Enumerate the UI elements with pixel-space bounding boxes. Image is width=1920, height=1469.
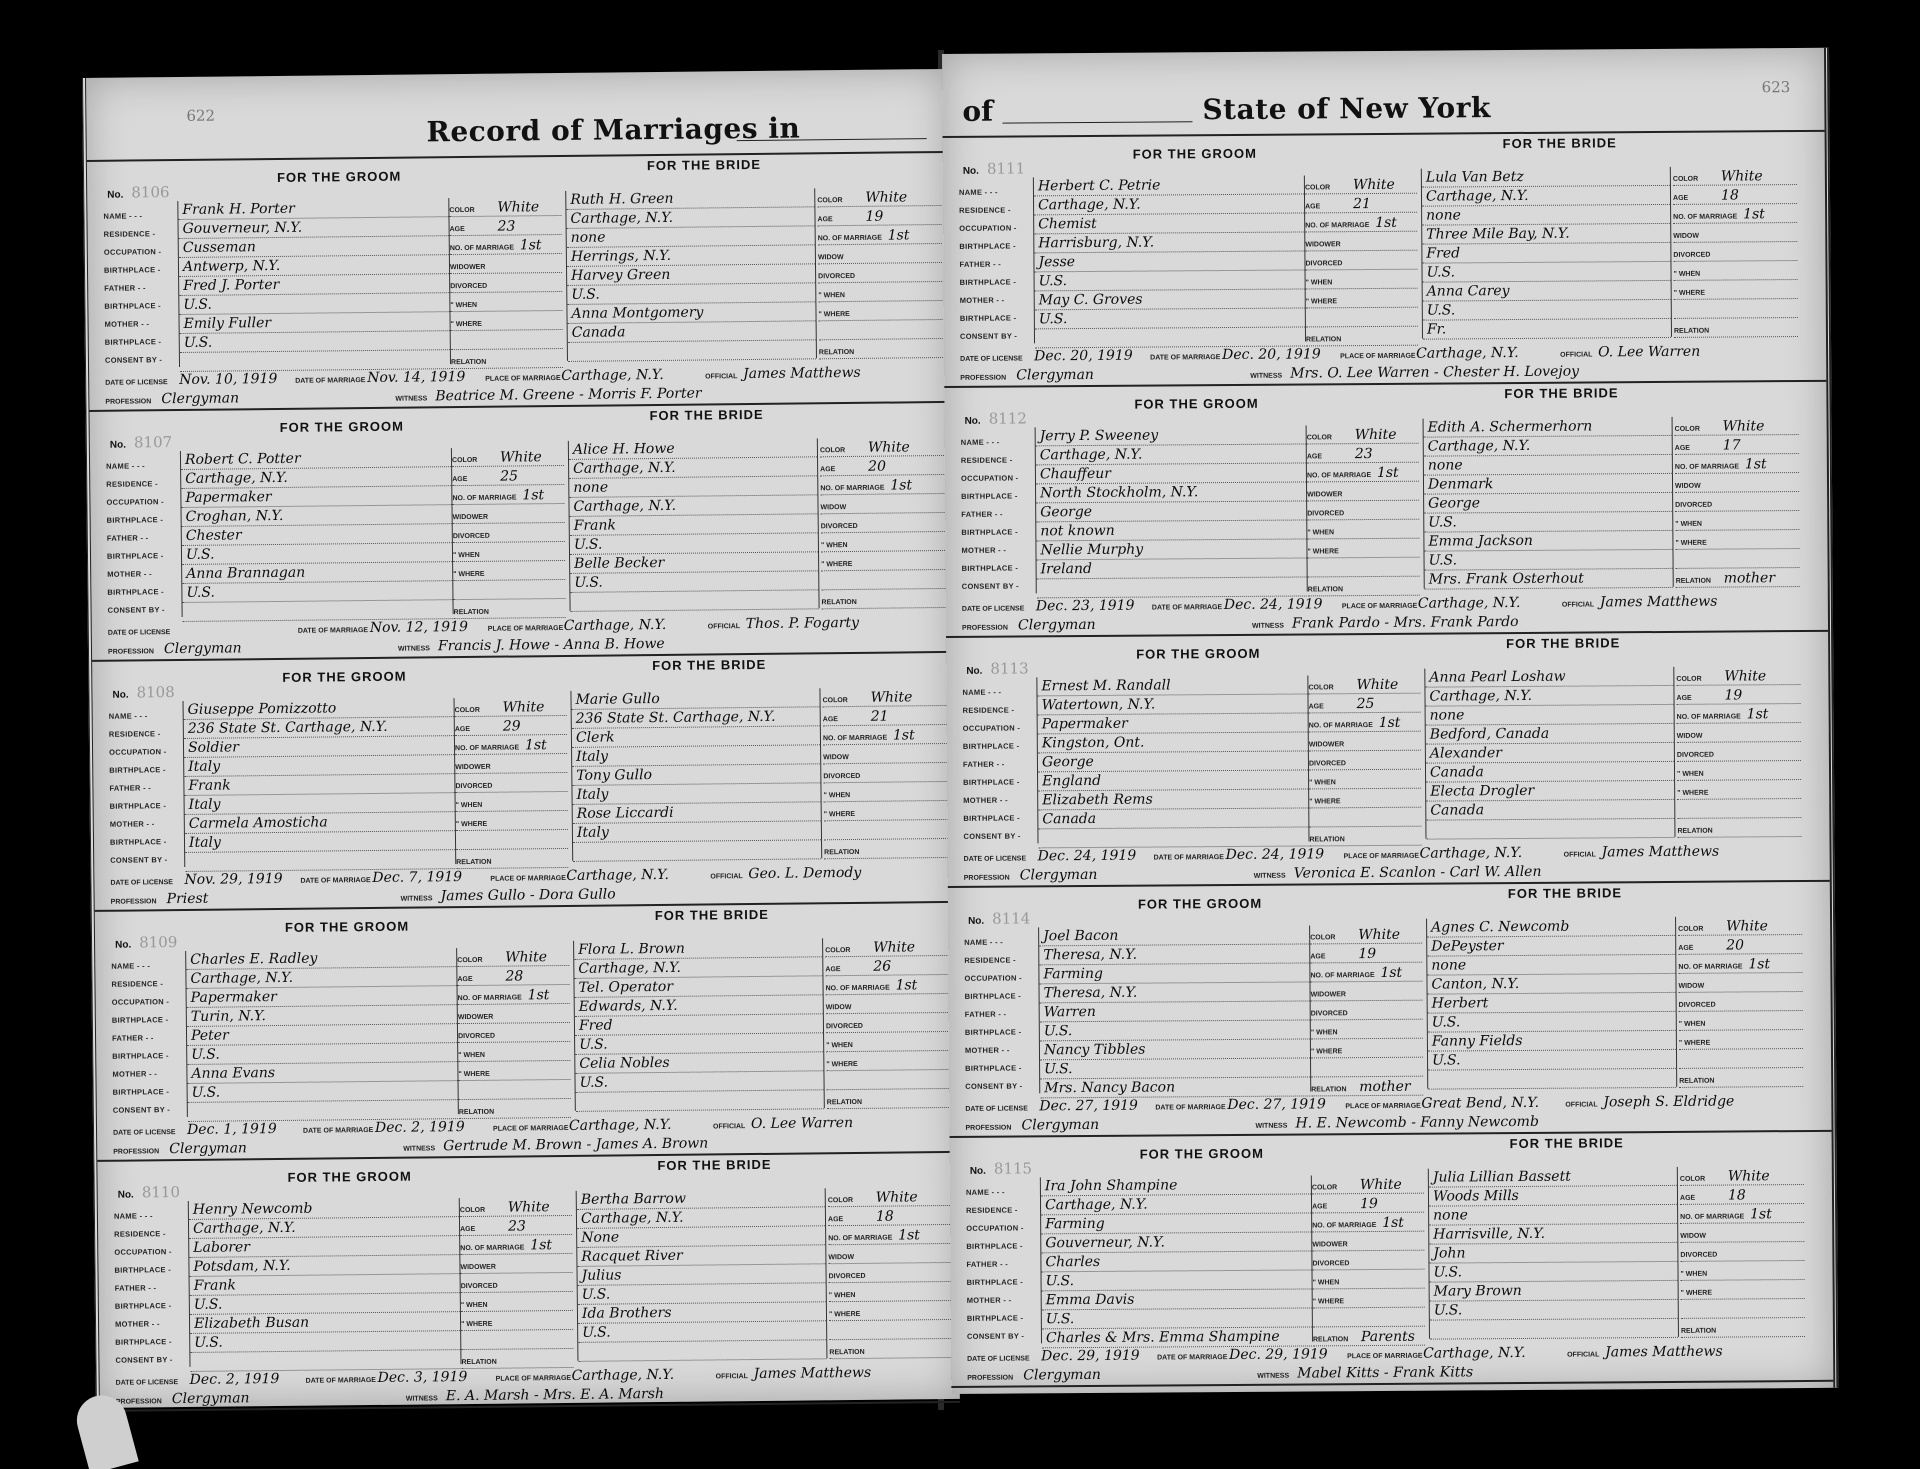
date-of-marriage: Dec. 2, 1919 (375, 1119, 465, 1136)
entry-line: Chemist (1034, 213, 1304, 234)
meta-row: AGE20 (1678, 935, 1802, 955)
meta-row (1308, 558, 1420, 578)
entry-line: U.S. (1428, 1012, 1676, 1033)
mother-value: Rose Liccardi (577, 805, 674, 822)
mother-value: Anna Brannagan (186, 565, 305, 582)
occupation-value: Farming (1045, 1216, 1105, 1232)
meta-value: White (876, 1189, 918, 1205)
field-label: COLOR (828, 1197, 853, 1204)
meta-value: 1st (525, 737, 547, 753)
entry-line: Woods Mills (1429, 1186, 1677, 1207)
field-label: DATE OF MARRIAGE (1155, 1104, 1225, 1111)
entry-line: U.S. (1430, 1300, 1678, 1321)
father-birthplace-value: U.S. (574, 537, 603, 553)
field-label: NO. OF MARRIAGE (1309, 722, 1373, 729)
meta-row: " WHEN (456, 792, 568, 812)
field-label: BIRTHPLACE - (105, 333, 185, 352)
field-label: AGE (1680, 1195, 1695, 1202)
father-value: George (1042, 754, 1094, 770)
field-label: PLACE OF MARRIAGE (1347, 1353, 1423, 1361)
entry-line: U.S. (570, 571, 818, 593)
date-of-license: Dec. 2, 1919 (190, 1371, 280, 1388)
profession: Clergyman (1018, 617, 1096, 634)
entry-line: Agnes C. Newcomb (1427, 917, 1675, 938)
father-value: Jesse (1038, 254, 1075, 270)
field-label: AGE (460, 1226, 475, 1233)
entry-line: U.S. (1035, 270, 1305, 291)
field-label: OCCUPATION - (961, 469, 1041, 488)
witness: H. E. Newcomb - Fanny Newcomb (1295, 1114, 1539, 1132)
field-label: DIVORCED (1305, 260, 1342, 267)
marriage-record: No.8109 FOR THE GROOM FOR THE BRIDE NAME… (95, 903, 958, 1162)
residence-value: Carthage, N.Y. (1426, 188, 1529, 205)
field-label: DIVORCED (826, 1023, 863, 1030)
birthplace-value: Herrings, N.Y. (571, 248, 671, 265)
meta-row: " WHEN (450, 292, 562, 312)
field-label: DIVORCED (818, 273, 855, 280)
name-value: Agnes C. Newcomb (1431, 919, 1569, 936)
meta-row: WIDOW (823, 744, 947, 764)
meta-row: RELATION (827, 1089, 951, 1109)
meta-row: DIVORCED (1680, 1242, 1804, 1262)
meta-row: " WHERE (1307, 539, 1419, 559)
name-value: Bertha Barrow (581, 1191, 686, 1208)
entry-line: Clerk (572, 726, 820, 748)
residence-value: Carthage, N.Y. (1038, 197, 1141, 214)
field-label: " WHEN (456, 802, 483, 809)
residence-value: 236 State St. Carthage, N.Y. (576, 709, 776, 727)
field-label: WITNESS (1255, 1123, 1287, 1130)
meta-value: 23 (508, 1218, 526, 1234)
entry-line (576, 1090, 824, 1112)
field-label: OCCUPATION - (112, 993, 192, 1012)
field-label: DATE OF MARRIAGE (1157, 1354, 1227, 1361)
meta-row: AGE23 (460, 1216, 572, 1236)
entry-line: Canada (568, 321, 816, 343)
residence-value: Gouverneur, N.Y. (183, 220, 303, 237)
entry-line: None (577, 1226, 825, 1248)
groom-details: Henry NewcombCarthage, N.Y.LaborerPotsda… (188, 1198, 462, 1367)
field-label: DIVORCED (1677, 752, 1714, 759)
field-label: " WHEN (1681, 1271, 1708, 1278)
field-label: WIDOW (826, 1004, 852, 1011)
field-label: PROFESSION (113, 1148, 159, 1155)
profession: Priest (167, 891, 209, 907)
occupation-value: Cusseman (183, 239, 256, 256)
entry-line: George (1036, 501, 1306, 522)
meta-value: 1st (520, 237, 542, 253)
meta-row: RELATION (1681, 1318, 1805, 1338)
records-list: No.8111 FOR THE GROOM FOR THE BRIDE NAME… (943, 132, 1834, 1388)
profession: Clergyman (1020, 867, 1098, 884)
field-labels: NAME - - -RESIDENCE -OCCUPATION -BIRTHPL… (103, 207, 185, 370)
entry-line: Herbert C. Petrie (1034, 175, 1304, 196)
meta-row: AGE19 (1310, 944, 1422, 964)
residence-value: Carthage, N.Y. (190, 970, 293, 987)
field-label: FATHER - - (107, 529, 187, 548)
meta-row: WIDOWER (458, 1004, 570, 1024)
field-label: " WHERE (1681, 1290, 1712, 1297)
meta-row: COLORWhite (825, 937, 949, 957)
meta-row: " WHERE (1679, 1030, 1803, 1050)
field-label: " WHEN (450, 302, 477, 309)
meta-value: 1st (898, 1227, 920, 1243)
entry-line: Racquet River (577, 1245, 825, 1267)
field-label: NAME - - - (962, 683, 1042, 702)
record-number: No.8113 (966, 659, 1028, 677)
mother-birthplace-value: U.S. (192, 1085, 221, 1101)
date-of-marriage: Dec. 24, 1919 (1226, 846, 1325, 863)
birthplace-value: Italy (188, 759, 220, 775)
residence-value: DePeyster (1431, 938, 1503, 955)
meta-row (461, 1330, 573, 1350)
field-label: NO. OF MARRIAGE (460, 1244, 524, 1252)
entry-line: none (1427, 955, 1675, 976)
field-label: " WHEN (1313, 1279, 1340, 1286)
meta-value: 26 (873, 959, 891, 975)
entry-line: U.S. (1424, 550, 1672, 571)
field-label: NO. OF MARRIAGE (458, 994, 522, 1002)
groom-details: Giuseppe Pomizzotto236 State St. Carthag… (183, 698, 457, 867)
residence-value: Carthage, N.Y. (573, 460, 676, 477)
entry-line: Joel Bacon (1039, 925, 1309, 946)
meta-value: 1st (895, 977, 917, 993)
field-label: NO. OF MARRIAGE (1677, 713, 1741, 720)
entry-line: Farming (1041, 1213, 1311, 1234)
meta-value: White (508, 1199, 550, 1215)
field-label: WIDOW (1679, 983, 1705, 990)
meta-row: NO. OF MARRIAGE1st (823, 725, 947, 745)
record-footer: DATE OF LICENSE Nov. 29, 1919 DATE OF MA… (110, 861, 938, 910)
meta-row: " WHERE (824, 801, 948, 821)
entry-line: U.S. (578, 1321, 826, 1343)
field-label: WIDOW (1675, 483, 1701, 490)
entry-line: Flora L. Brown (574, 938, 822, 960)
field-label: DIVORCED (821, 523, 858, 530)
father-birthplace-value: U.S. (1426, 264, 1455, 280)
entry-line: none (1429, 1205, 1677, 1226)
field-label: DATE OF MARRIAGE (1152, 604, 1222, 611)
field-label: DATE OF LICENSE (965, 1105, 1028, 1112)
meta-value: 1st (893, 727, 915, 743)
field-label: AGE (1307, 453, 1322, 460)
entry-line: U.S. (1040, 1020, 1310, 1041)
field-label: NAME - - - (959, 183, 1039, 202)
father-value: Fred (579, 1017, 613, 1033)
groom-header: FOR THE GROOM (1136, 646, 1260, 662)
occupation-value: none (573, 480, 608, 496)
residence-value: Carthage, N.Y. (581, 1210, 684, 1227)
entry-line: none (1424, 455, 1672, 476)
entry-line: Canada (1426, 800, 1674, 821)
birthplace-value: Harrisburg, N.Y. (1038, 235, 1154, 252)
field-label: BIRTHPLACE - (113, 1083, 193, 1102)
entry-line: Charles (1041, 1251, 1311, 1272)
occupation-value: none (1426, 207, 1461, 223)
field-label: " WHERE (818, 311, 849, 318)
occupation-value: none (1430, 707, 1465, 723)
bride-header: FOR THE BRIDE (1510, 1135, 1624, 1151)
name-value: Marie Gullo (575, 691, 659, 708)
meta-value: 20 (1726, 937, 1744, 953)
record-footer: DATE OF LICENSE Dec. 27, 1919 DATE OF MA… (965, 1090, 1815, 1136)
field-label: " WHERE (456, 821, 487, 828)
meta-value: 1st (1380, 965, 1402, 981)
entry-line: Gouverneur, N.Y. (1041, 1232, 1311, 1253)
entry-line: Lula Van Betz (1422, 167, 1670, 188)
meta-value: 1st (1750, 1206, 1772, 1222)
record-footer: DATE OF LICENSE Dec. 20, 1919 DATE OF MA… (960, 340, 1810, 386)
field-label: WITNESS (406, 1395, 438, 1402)
entry-line: none (567, 226, 815, 248)
field-label: " WHERE (453, 571, 484, 578)
mother-value: Mary Brown (1434, 1283, 1522, 1300)
field-label: COLOR (457, 957, 482, 964)
mother-value: May C. Groves (1039, 292, 1143, 309)
meta-row: DIVORCED (1311, 1001, 1423, 1021)
field-label: RELATION (827, 1099, 862, 1106)
birthplace-value: North Stockholm, N.Y. (1040, 484, 1198, 501)
field-label: RELATION (819, 349, 854, 356)
meta-row: AGE25 (452, 466, 564, 486)
field-label: RELATION (1677, 828, 1712, 835)
bride-meta: COLORWhiteAGE19NO. OF MARRIAGE1stWIDOWDI… (1676, 666, 1801, 837)
date-of-license: Dec. 20, 1919 (1034, 348, 1133, 365)
field-label: WIDOW (1673, 233, 1699, 240)
field-label: " WHEN (826, 1042, 853, 1049)
entry-line: Chauffeur (1036, 463, 1306, 484)
field-label: MOTHER - - (960, 291, 1040, 310)
marriage-record: No.8112 FOR THE GROOM FOR THE BRIDE NAME… (944, 382, 1828, 638)
field-label: WIDOWER (1312, 1241, 1347, 1248)
bride-meta: COLORWhiteAGE18NO. OF MARRIAGE1stWIDOWDI… (1673, 166, 1798, 337)
field-labels: NAME - - -RESIDENCE -OCCUPATION -BIRTHPL… (966, 1183, 1047, 1346)
groom-header: FOR THE GROOM (277, 169, 401, 185)
field-label: No. (963, 166, 979, 177)
field-label: WIDOWER (460, 1264, 495, 1271)
meta-row: " WHEN (1309, 770, 1421, 790)
profession: Clergyman (1016, 367, 1094, 384)
meta-row: WIDOWER (1307, 482, 1419, 502)
field-labels: NAME - - -RESIDENCE -OCCUPATION -BIRTHPL… (959, 183, 1040, 346)
field-label: CONSENT BY - (963, 827, 1043, 846)
mother-birthplace-value: U.S. (1428, 552, 1457, 568)
groom-details: Robert C. PotterCarthage, N.Y.Papermaker… (180, 448, 454, 617)
field-label: DIVORCED (823, 773, 860, 780)
entry-line: Bedford, Canada (1426, 724, 1674, 745)
date-of-marriage: Dec. 24, 1919 (1224, 596, 1323, 613)
meta-row: WIDOW (820, 494, 944, 514)
field-label: " WHEN (821, 542, 848, 549)
meta-row: NO. OF MARRIAGE1st (1312, 1213, 1424, 1233)
entry-line: Alexander (1426, 743, 1674, 764)
groom-meta: COLORWhiteAGE19NO. OF MARRIAGE1stWIDOWER… (1310, 925, 1423, 1092)
field-label: " WHERE (1313, 1298, 1344, 1305)
meta-row: COLORWhite (1305, 175, 1417, 195)
mother-birthplace-value: Italy (189, 835, 221, 851)
field-label: DATE OF MARRIAGE (1150, 354, 1220, 361)
field-label: WITNESS (1254, 873, 1286, 880)
entry-line: Electa Drogler (1426, 781, 1674, 802)
occupation-value: Clerk (576, 729, 615, 745)
field-label: DATE OF MARRIAGE (295, 377, 365, 385)
birthplace-value: Theresa, N.Y. (1044, 985, 1138, 1002)
meta-row: AGE23 (449, 216, 561, 236)
field-label: OCCUPATION - (106, 493, 186, 512)
entry-line: Carthage, N.Y. (1041, 1194, 1311, 1215)
field-label: COLOR (825, 947, 850, 954)
meta-row: " WHERE (821, 551, 945, 571)
meta-value: 1st (530, 1237, 552, 1253)
field-label: AGE (1673, 195, 1688, 202)
name-value: Ira John Shampine (1045, 1177, 1178, 1194)
father-birthplace-value: Canada (1430, 764, 1484, 780)
bride-details: Anna Pearl LoshawCarthage, N.Y.noneBedfo… (1424, 667, 1675, 839)
groom-header: FOR THE GROOM (280, 419, 404, 435)
date-of-license: Dec. 29, 1919 (1041, 1348, 1140, 1365)
meta-row (1309, 808, 1421, 828)
meta-value: 1st (528, 987, 550, 1003)
meta-row: DIVORCED (458, 1023, 570, 1043)
residence-value: Carthage, N.Y. (1040, 447, 1143, 464)
record-number: No.8112 (964, 409, 1026, 427)
entry-line: Carthage, N.Y. (1036, 444, 1306, 465)
field-label: NAME - - - (964, 933, 1044, 952)
meta-row: NO. OF MARRIAGE1st (455, 735, 567, 755)
page-header: 622 Record of Marriages in (86, 69, 947, 162)
place-of-marriage: Carthage, N.Y. (1423, 1345, 1526, 1362)
field-label: BIRTHPLACE - (110, 833, 190, 852)
meta-row: NO. OF MARRIAGE1st (452, 485, 564, 505)
field-label: AGE (457, 976, 472, 983)
field-label: " WHEN (461, 1302, 488, 1309)
field-label: COLOR (1673, 176, 1698, 183)
meta-row: " WHERE (1309, 789, 1421, 809)
field-label: DIVORCED (1311, 1010, 1348, 1017)
field-label: AGE (1309, 703, 1324, 710)
mother-birthplace-value: U.S. (579, 1075, 608, 1091)
field-labels: NAME - - -RESIDENCE -OCCUPATION -BIRTHPL… (114, 1207, 196, 1370)
birthplace-value: Racquet River (581, 1248, 682, 1265)
field-label: DIVORCED (829, 1273, 866, 1280)
field-label: RESIDENCE - (964, 951, 1044, 970)
entry-line: Belle Becker (570, 552, 818, 574)
field-label: PROFESSION (965, 1125, 1011, 1132)
meta-row: AGE18 (1680, 1185, 1804, 1205)
place-of-marriage: Carthage, N.Y. (566, 867, 669, 884)
entry-line: U.S. (1428, 1050, 1676, 1071)
meta-row: " WHEN (826, 1032, 950, 1052)
meta-row (459, 1080, 571, 1100)
meta-row: WIDOW (1678, 973, 1802, 993)
field-label: PLACE OF MARRIAGE (1344, 853, 1420, 861)
marriage-record: No.8113 FOR THE GROOM FOR THE BRIDE NAME… (946, 632, 1830, 888)
field-label: " WHEN (818, 292, 845, 299)
mother-birthplace-value: Ireland (1041, 561, 1092, 577)
meta-row: NO. OF MARRIAGE1st (1677, 704, 1801, 724)
entry-line: Herbert (1428, 993, 1676, 1014)
field-label: " WHERE (829, 1311, 860, 1318)
records-list: No.8106 FOR THE GROOM FOR THE BRIDE NAME… (87, 153, 960, 1412)
name-value: Edith A. Schermerhorn (1428, 418, 1593, 435)
entry-line: U.S. (1429, 1262, 1677, 1283)
mother-value: Emma Davis (1046, 1292, 1135, 1309)
field-label: DATE OF MARRIAGE (306, 1377, 376, 1385)
official: James Matthews (1602, 844, 1720, 861)
meta-row: AGE19 (1312, 1194, 1424, 1214)
meta-row: " WHEN (1680, 1261, 1804, 1281)
name-value: Alice H. Howe (573, 441, 675, 458)
meta-row: " WHERE (1677, 780, 1801, 800)
entry-line: Emma Davis (1042, 1289, 1312, 1310)
entry-line: Ida Brothers (578, 1302, 826, 1324)
mother-birthplace-value: Italy (577, 825, 609, 841)
bride-meta: COLORWhiteAGE19NO. OF MARRIAGE1stWIDOWDI… (817, 187, 943, 358)
meta-row: AGE18 (828, 1206, 952, 1226)
field-label: NAME - - - (103, 207, 183, 226)
entry-line: Fred (1422, 243, 1670, 264)
field-label: No. (118, 1190, 134, 1201)
entry-line: May C. Groves (1035, 289, 1305, 310)
birthplace-value: Italy (576, 749, 608, 765)
bride-header: FOR THE BRIDE (647, 157, 761, 173)
bride-header: FOR THE BRIDE (1506, 635, 1620, 651)
field-label: " WHERE (461, 1321, 492, 1328)
entry-line: Canada (1426, 762, 1674, 783)
mother-value: Elizabeth Busan (194, 1315, 309, 1332)
consent-by-value: Fr. (1427, 321, 1446, 337)
meta-row: AGE26 (825, 956, 949, 976)
meta-row: AGE21 (823, 706, 947, 726)
meta-value: 1st (1379, 715, 1401, 731)
father-value: Chester (186, 527, 242, 544)
field-label: DIVORCED (458, 1033, 495, 1040)
meta-value: White (1728, 1168, 1770, 1184)
field-label: PLACE OF MARRIAGE (1345, 1103, 1421, 1111)
entry-line: U.S. (1035, 308, 1305, 329)
occupation-value: Chauffeur (1040, 466, 1111, 482)
field-label: RELATION (1676, 578, 1711, 585)
date-of-marriage: Dec. 20, 1919 (1222, 346, 1321, 363)
profession: Clergyman (172, 1390, 250, 1407)
father-value: Warren (1044, 1004, 1096, 1020)
field-label: CONSENT BY - (113, 1101, 193, 1120)
field-label: No. (966, 666, 982, 677)
official: O. Lee Warren (1598, 344, 1700, 361)
meta-value: 1st (1377, 465, 1399, 481)
official: O. Lee Warren (751, 1115, 853, 1132)
field-label: AGE (1676, 695, 1691, 702)
groom-details: Ernest M. RandallWatertown, N.Y.Papermak… (1036, 675, 1309, 843)
occupation-value: None (581, 1229, 619, 1245)
field-label: BIRTHPLACE - (963, 737, 1043, 756)
father-value: Frank (574, 517, 616, 533)
entry-line: not known (1036, 520, 1306, 541)
meta-row: WIDOWER (455, 754, 567, 774)
bride-details: Agnes C. NewcombDePeysternoneCanton, N.Y… (1426, 917, 1677, 1089)
date-of-marriage: Nov. 14, 1919 (367, 369, 465, 386)
page-number: 622 (186, 107, 215, 125)
entry-line: Edwards, N.Y. (575, 995, 823, 1017)
groom-header: FOR THE GROOM (1133, 146, 1257, 162)
meta-row: COLORWhite (460, 1197, 572, 1217)
field-label: BIRTHPLACE - (963, 809, 1043, 828)
occupation-value: Laborer (193, 1239, 250, 1256)
field-label: COLOR (1676, 676, 1701, 683)
field-label: RESIDENCE - (959, 201, 1039, 220)
father-birthplace-value: Italy (576, 787, 608, 803)
entry-line: Elizabeth Rems (1038, 789, 1308, 810)
